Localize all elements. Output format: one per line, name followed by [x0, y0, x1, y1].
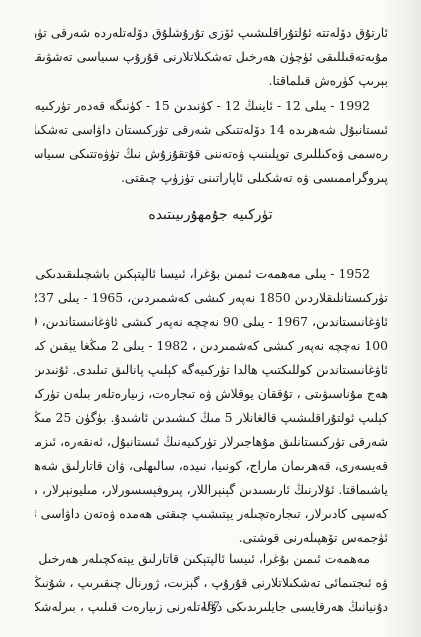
- text-line: ئارتۇق دۆلەتتە ئۇلتۇراقلىشىپ ئۆزى تۇرۇشل…: [35, 21, 388, 45]
- text-line: ياشىماقتا. ئۇلارنىڭ ئارىسىدىن گېنېراللار…: [35, 478, 388, 502]
- text-line: پىروگراممىسى ۋە تەشكىلى ئاپاراتىنى تۈزۈپ…: [35, 166, 388, 190]
- text-line: ھەج مۇناسىۋىتى ، تۇققان يوقلاش ۋە تىجارە…: [35, 382, 388, 406]
- text-line: 100 نەچچە نەپەر كىشى كەشمىردىن ، 1982 - …: [35, 334, 388, 358]
- text-line: مۇبەتەقىللىقى ئۈچۈن ھەرخىل تەشكىلاتلارنى…: [35, 45, 388, 69]
- page-number: 167: [0, 598, 421, 613]
- paragraph-3: 1952 - يىلى مەھمەت ئىمىن بۇغرا، ئىيسا ئا…: [35, 262, 388, 550]
- text-line: ئاۋغانىستاندىن كوللىكتىپ ھالدا تۈركىيەگە…: [35, 358, 388, 382]
- text-line: شەرقى تۈركىستانلىق مۇھاجىرلار تۈركىيەنىڭ…: [35, 430, 388, 454]
- text-line: تۈركىستانلىقلاردىن 1850 نەپەر كىشى كەشمى…: [35, 286, 388, 310]
- text-line: ئاۋغانىستاندىن، 1967 - يىلى 90 نەچچە نەپ…: [35, 310, 388, 334]
- paragraph-2: 1992 - يىلى 12 - ئاينىڭ 12 - كۈنىدىن 15 …: [35, 94, 388, 190]
- paragraph-1: ئارتۇق دۆلەتتە ئۇلتۇراقلىشىپ ئۆزى تۇرۇشل…: [35, 21, 388, 93]
- text-line: كەسپى كادىرلار، تىجارەتچىلەر يېتىشىپ چىق…: [35, 502, 388, 526]
- text-line: قەيسەرى، قەھرىمان ماراج، كونىيا، نىيدە، …: [35, 454, 388, 478]
- text-line: بېرىپ كۈرەش قىلماقتا.: [35, 69, 388, 93]
- book-page: ئارتۇق دۆلەتتە ئۇلتۇراقلىشىپ ئۆزى تۇرۇشل…: [0, 0, 421, 637]
- text-line: 1992 - يىلى 12 - ئاينىڭ 12 - كۈنىدىن 15 …: [35, 94, 388, 118]
- text-line: 1952 - يىلى مەھمەت ئىمىن بۇغرا، ئىيسا ئا…: [35, 262, 388, 286]
- section-heading: تۈركىيە جۇمھۇرىيىتىدە: [0, 203, 421, 227]
- text-line: كېلىپ ئولتۇراقلىشىپ قالغانلار 5 مىڭ كىشى…: [35, 406, 388, 430]
- text-line: مەھمەت ئىمىن بۇغرا، ئىيسا ئالپتېكىن قاتا…: [35, 547, 388, 571]
- text-line: ئىستانبۇل شەھرىدە 14 دۆلەتتىكى شەرقى تۈر…: [35, 118, 388, 142]
- text-line: ۋە ئىجتىمائى تەشكىلاتلارنى قۇرۇپ ، گېزىت…: [35, 571, 388, 595]
- text-line: رەسمى ۋەكىللىرى توپلىنىپ ۋەتەننى قۇتقۇزۇ…: [35, 142, 388, 166]
